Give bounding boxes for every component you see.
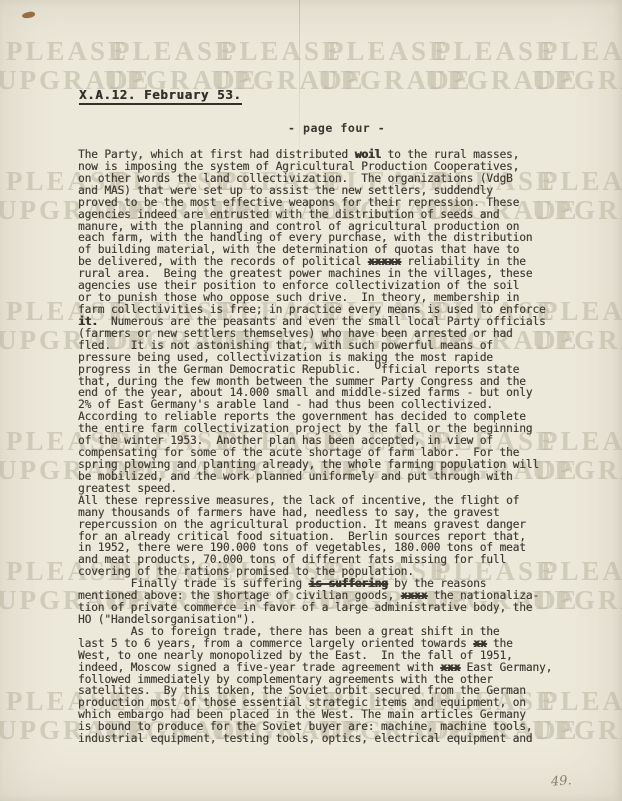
watermark-text: PLEASE xyxy=(327,36,450,67)
handwritten-page-number: 49. xyxy=(551,773,573,789)
page-number-label: - page four - xyxy=(288,121,385,135)
watermark-text: PLEASE xyxy=(434,36,557,67)
document-reference: X.A.12. February 53. xyxy=(79,87,242,105)
text-line: industrial equipment, testing tools, opt… xyxy=(78,733,578,745)
watermark-text: UPGRADE xyxy=(425,65,580,96)
rust-stain xyxy=(22,11,36,19)
text-segment: O xyxy=(374,359,381,372)
watermark-text: UPGRADE xyxy=(532,65,622,96)
watermark-text: PLEASE xyxy=(220,36,343,67)
watermark-text: PLEASE xyxy=(541,36,622,67)
document-body: The Party, which at first had distribute… xyxy=(78,149,578,745)
text-segment: industrial equipment, testing tools, opt… xyxy=(78,732,532,745)
scanned-document-page: PLEASEUPGRADEPLEASEUPGRADEPLEASEUPGRADEP… xyxy=(0,0,622,801)
watermark-text: PLEASE xyxy=(6,36,129,67)
watermark-text: PLEASE xyxy=(113,36,236,67)
watermark-text: UPGRADE xyxy=(318,65,473,96)
